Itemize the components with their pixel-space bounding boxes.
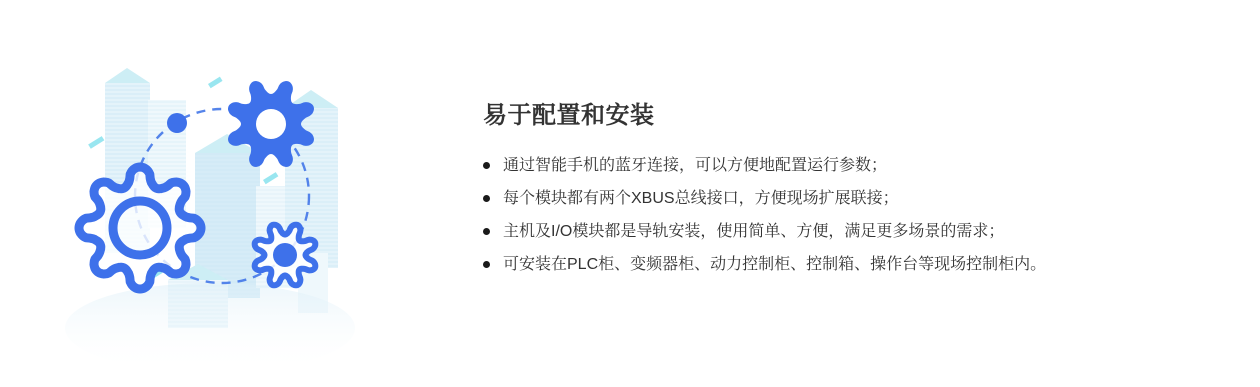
list-item-text: 通过智能手机的蓝牙连接，可以方便地配置运行参数； xyxy=(503,157,887,174)
list-item-text: 可安装在PLC柜、变频器柜、动力控制柜、控制箱、操作台等现场控制柜内。 xyxy=(503,256,1046,273)
list-item: 可安装在PLC柜、变频器柜、动力控制柜、控制箱、操作台等现场控制柜内。 xyxy=(483,256,1046,273)
bullet-dot xyxy=(483,162,490,169)
orbit-node-dot xyxy=(167,113,187,133)
filled-gear-hole xyxy=(256,109,286,139)
bullet-dot xyxy=(483,228,490,235)
bullet-dot xyxy=(483,261,490,268)
list-item-text: 主机及I/O模块都是导轨安装，使用简单、方便，满足更多场景的需求； xyxy=(503,223,1004,240)
list-item-text: 每个模块都有两个XBUS总线接口，方便现场扩展联接； xyxy=(503,190,899,207)
feature-content: 易于配置和安装 通过智能手机的蓝牙连接，可以方便地配置运行参数； 每个模块都有两… xyxy=(483,100,1046,289)
section-title: 易于配置和安装 xyxy=(483,100,1046,131)
feature-section: 易于配置和安装 通过智能手机的蓝牙连接，可以方便地配置运行参数； 每个模块都有两… xyxy=(0,0,1260,387)
gears-city-illustration xyxy=(60,28,360,362)
list-item: 主机及I/O模块都是导轨安装，使用简单、方便，满足更多场景的需求； xyxy=(483,223,1046,240)
outlined-gear-icon xyxy=(79,167,201,289)
bullet-dot xyxy=(483,195,490,202)
feature-list: 通过智能手机的蓝牙连接，可以方便地配置运行参数； 每个模块都有两个XBUS总线接… xyxy=(483,157,1046,273)
list-item: 通过智能手机的蓝牙连接，可以方便地配置运行参数； xyxy=(483,157,1046,174)
list-item: 每个模块都有两个XBUS总线接口，方便现场扩展联接； xyxy=(483,190,1046,207)
small-gear-hub xyxy=(273,243,297,267)
